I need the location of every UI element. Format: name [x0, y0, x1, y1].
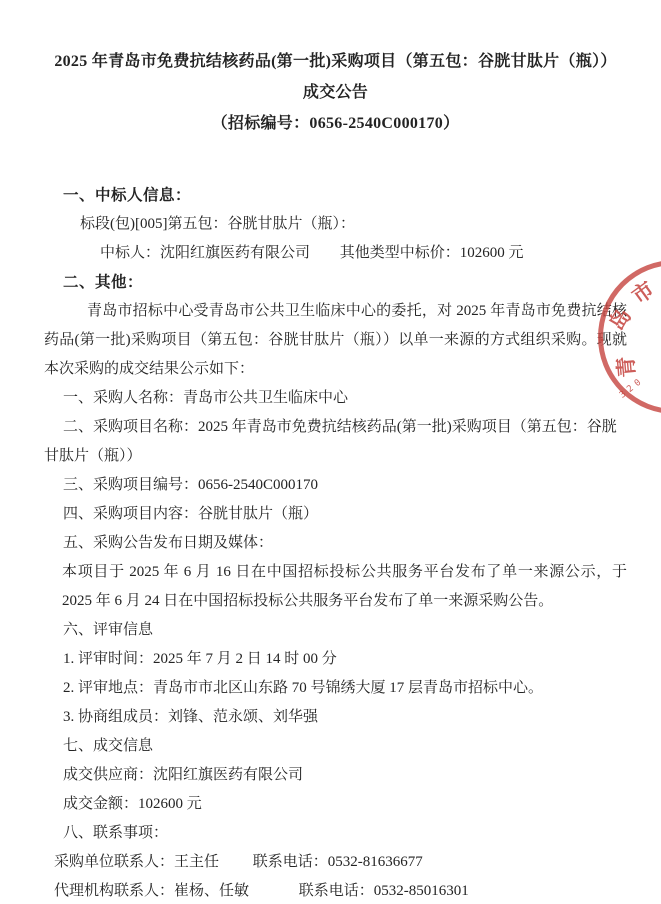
- item-purchaser-name: 一、采购人名称：青岛市公共卫生临床中心: [44, 384, 627, 413]
- seal-character-qing: 青: [610, 355, 642, 379]
- document-title: 2025 年青岛市免费抗结核药品(第一批)采购项目（第五包：谷胱甘肽片（瓶）） …: [44, 46, 627, 139]
- item-project-content: 四、采购项目内容：谷胱甘肽片（瓶）: [44, 500, 627, 529]
- item-review-place: 2. 评审地点：青岛市市北区山东路 70 号锦绣大厦 17 层青岛市招标中心。: [44, 674, 627, 703]
- item-award-amount: 成交金额：102600 元: [44, 790, 627, 819]
- purchaser-contact-phone: 联系电话：0532-81636677: [253, 854, 423, 870]
- item-panel-members: 3. 协商组成员：刘锋、范永颂、刘华强: [44, 703, 627, 732]
- item-project-number: 三、采购项目编号：0656-2540C000170: [44, 471, 627, 500]
- document-body: 2025 年青岛市免费抗结核药品(第一批)采购项目（第五包：谷胱甘肽片（瓶）） …: [0, 0, 661, 904]
- item-award-supplier: 成交供应商：沈阳红旗医药有限公司: [44, 761, 627, 790]
- title-line-1: 2025 年青岛市免费抗结核药品(第一批)采购项目（第五包：谷胱甘肽片（瓶））: [44, 46, 627, 77]
- seal-separator-dot: ·: [600, 332, 605, 349]
- scanned-document-page: 2025 年青岛市免费抗结核药品(第一批)采购项目（第五包：谷胱甘肽片（瓶）） …: [0, 0, 661, 904]
- lot-line: 标段(包)[005]第五包：谷胱甘肽片（瓶）：: [44, 210, 627, 239]
- section-heading-winner-info: 一、中标人信息：: [44, 181, 627, 210]
- purchaser-contact-line: 采购单位联系人：王主任 联系电话：0532-81636677: [44, 848, 627, 877]
- document-content: 一、中标人信息： 标段(包)[005]第五包：谷胱甘肽片（瓶）： 中标人：沈阳红…: [44, 181, 627, 904]
- agency-contact-line: 代理机构联系人：崔杨、任敏 联系电话：0532-85016301: [44, 877, 627, 904]
- purchaser-contact-name: 采购单位联系人：王主任: [54, 854, 219, 870]
- announcement-dates-paragraph: 本项目于 2025 年 6 月 16 日在中国招标投标公共服务平台发布了单一来源…: [44, 558, 627, 616]
- title-line-2: 成交公告: [44, 77, 627, 108]
- item-review-time: 1. 评审时间：2025 年 7 月 2 日 14 时 00 分: [44, 645, 627, 674]
- agency-contact-phone: 联系电话：0532-85016301: [299, 883, 469, 899]
- winner-name: 中标人：沈阳红旗医药有限公司: [100, 245, 310, 261]
- item-award-info: 七、成交信息: [44, 732, 627, 761]
- item-review-info: 六、评审信息: [44, 616, 627, 645]
- tender-number-line: （招标编号：0656-2540C000170）: [44, 108, 627, 139]
- winner-price: 其他类型中标价：102600 元: [340, 245, 524, 261]
- intro-paragraph: 青岛市招标中心受青岛市公共卫生临床中心的委托，对 2025 年青岛市免费抗结核药…: [44, 297, 627, 384]
- item-project-name: 二、采购项目名称：2025 年青岛市免费抗结核药品(第一批)采购项目（第五包：谷…: [44, 413, 627, 471]
- winner-line: 中标人：沈阳红旗医药有限公司 其他类型中标价：102600 元: [44, 239, 627, 268]
- agency-contact-name: 代理机构联系人：崔杨、任敏: [54, 883, 249, 899]
- item-announcement-media: 五、采购公告发布日期及媒体：: [44, 529, 627, 558]
- section-heading-other: 二、其他：: [44, 268, 627, 297]
- item-contact-matters: 八、联系事项：: [44, 819, 627, 848]
